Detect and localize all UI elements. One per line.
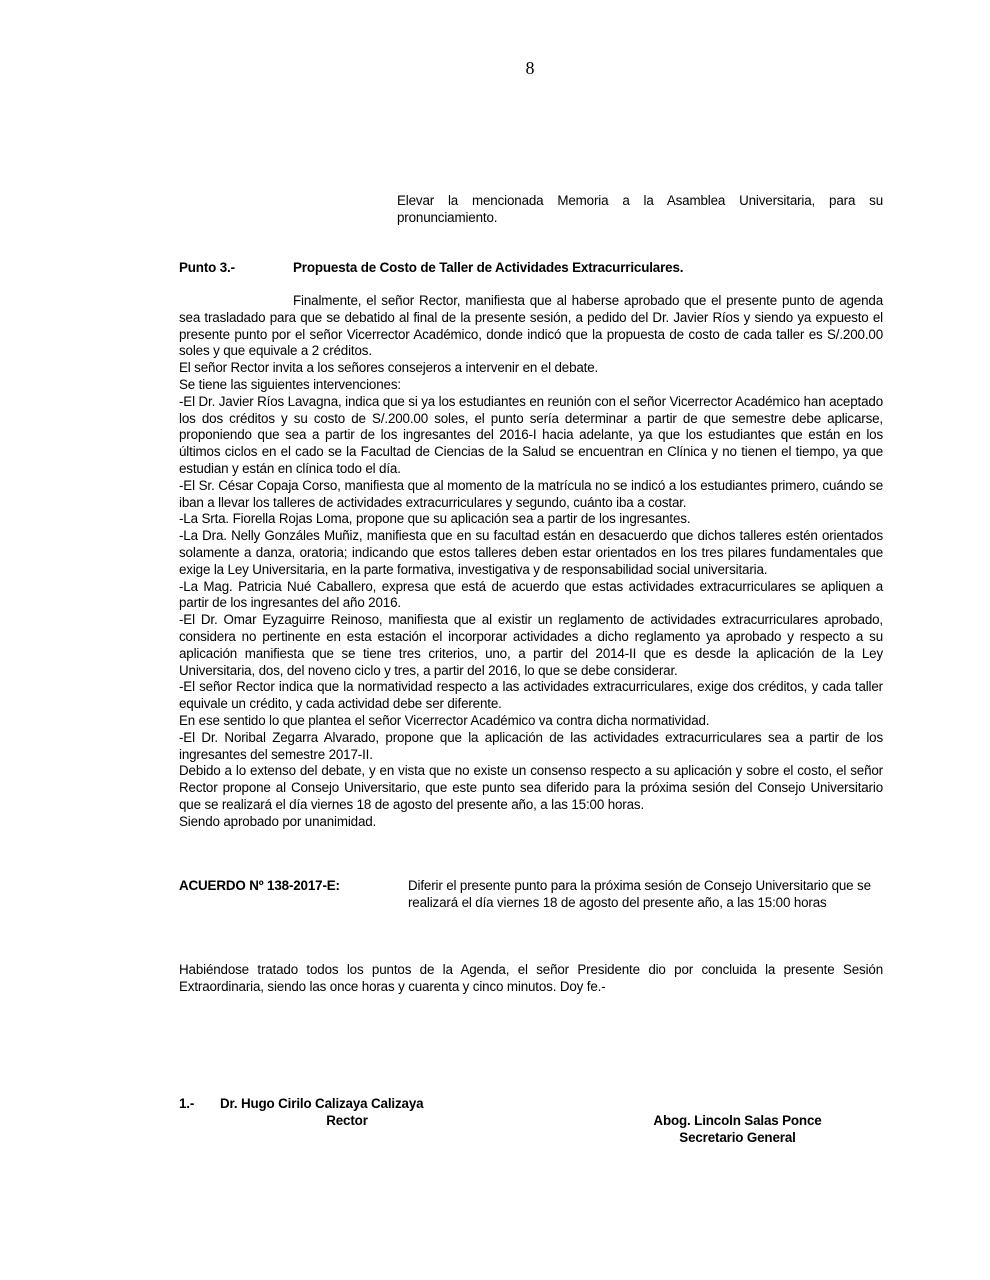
intervention-paragraph: -El Sr. César Copaja Corso, manifiesta q… [179, 478, 883, 512]
intervention-paragraph: -El señor Rector indica que la normativi… [179, 679, 883, 713]
punto-title: Propuesta de Costo de Taller de Activida… [293, 260, 683, 275]
debate-body: Finalmente, el señor Rector, manifiesta … [179, 293, 883, 831]
intervention-paragraph: -El Dr. Omar Eyzaguirre Reinoso, manifie… [179, 612, 883, 679]
paragraph: El señor Rector invita a los señores con… [179, 360, 883, 377]
signature-name: Abog. Lincoln Salas Ponce [620, 1113, 855, 1130]
acuerdo-block: ACUERDO Nº 138-2017-E: Diferir el presen… [179, 878, 883, 912]
signature-title: Secretario General [620, 1130, 855, 1147]
paragraph: En ese sentido lo que plantea el señor V… [179, 713, 883, 730]
signature-secretario: Abog. Lincoln Salas Ponce Secretario Gen… [620, 1113, 855, 1147]
intervention-paragraph: -La Dra. Nelly Gonzáles Muñiz, manifiest… [179, 528, 883, 578]
closing-paragraph: Habiéndose tratado todos los puntos de l… [179, 962, 883, 996]
acuerdo-text: Diferir el presente punto para la próxim… [408, 878, 883, 912]
punto-heading: Punto 3.-Propuesta de Costo de Taller de… [179, 260, 883, 277]
punto-number: Punto 3.- [179, 260, 293, 277]
acuerdo-label: ACUERDO Nº 138-2017-E: [179, 878, 408, 912]
paragraph: Se tiene las siguientes intervenciones: [179, 377, 883, 394]
intervention-paragraph: -La Mag. Patricia Nué Caballero, expresa… [179, 579, 883, 613]
elevar-text: Elevar la mencionada Memoria a la Asambl… [397, 193, 883, 227]
paragraph: Debido a lo extenso del debate, y en vis… [179, 763, 883, 813]
paragraph-intro: Finalmente, el señor Rector, manifiesta … [179, 293, 883, 360]
signature-rector: 1.-Dr. Hugo Cirilo Calizaya Calizaya [179, 1096, 423, 1113]
signature-name: Dr. Hugo Cirilo Calizaya Calizaya [220, 1096, 423, 1111]
signature-number: 1.- [179, 1096, 220, 1113]
intervention-paragraph: -El Dr. Javier Ríos Lavagna, indica que … [179, 394, 883, 478]
page-number: 8 [0, 58, 990, 79]
intervention-paragraph: -El Dr. Noribal Zegarra Alvarado, propon… [179, 730, 883, 764]
paragraph: Siendo aprobado por unanimidad. [179, 814, 883, 831]
signature-rector-title: Rector [179, 1113, 515, 1130]
intervention-paragraph: -La Srta. Fiorella Rojas Loma, propone q… [179, 511, 883, 528]
